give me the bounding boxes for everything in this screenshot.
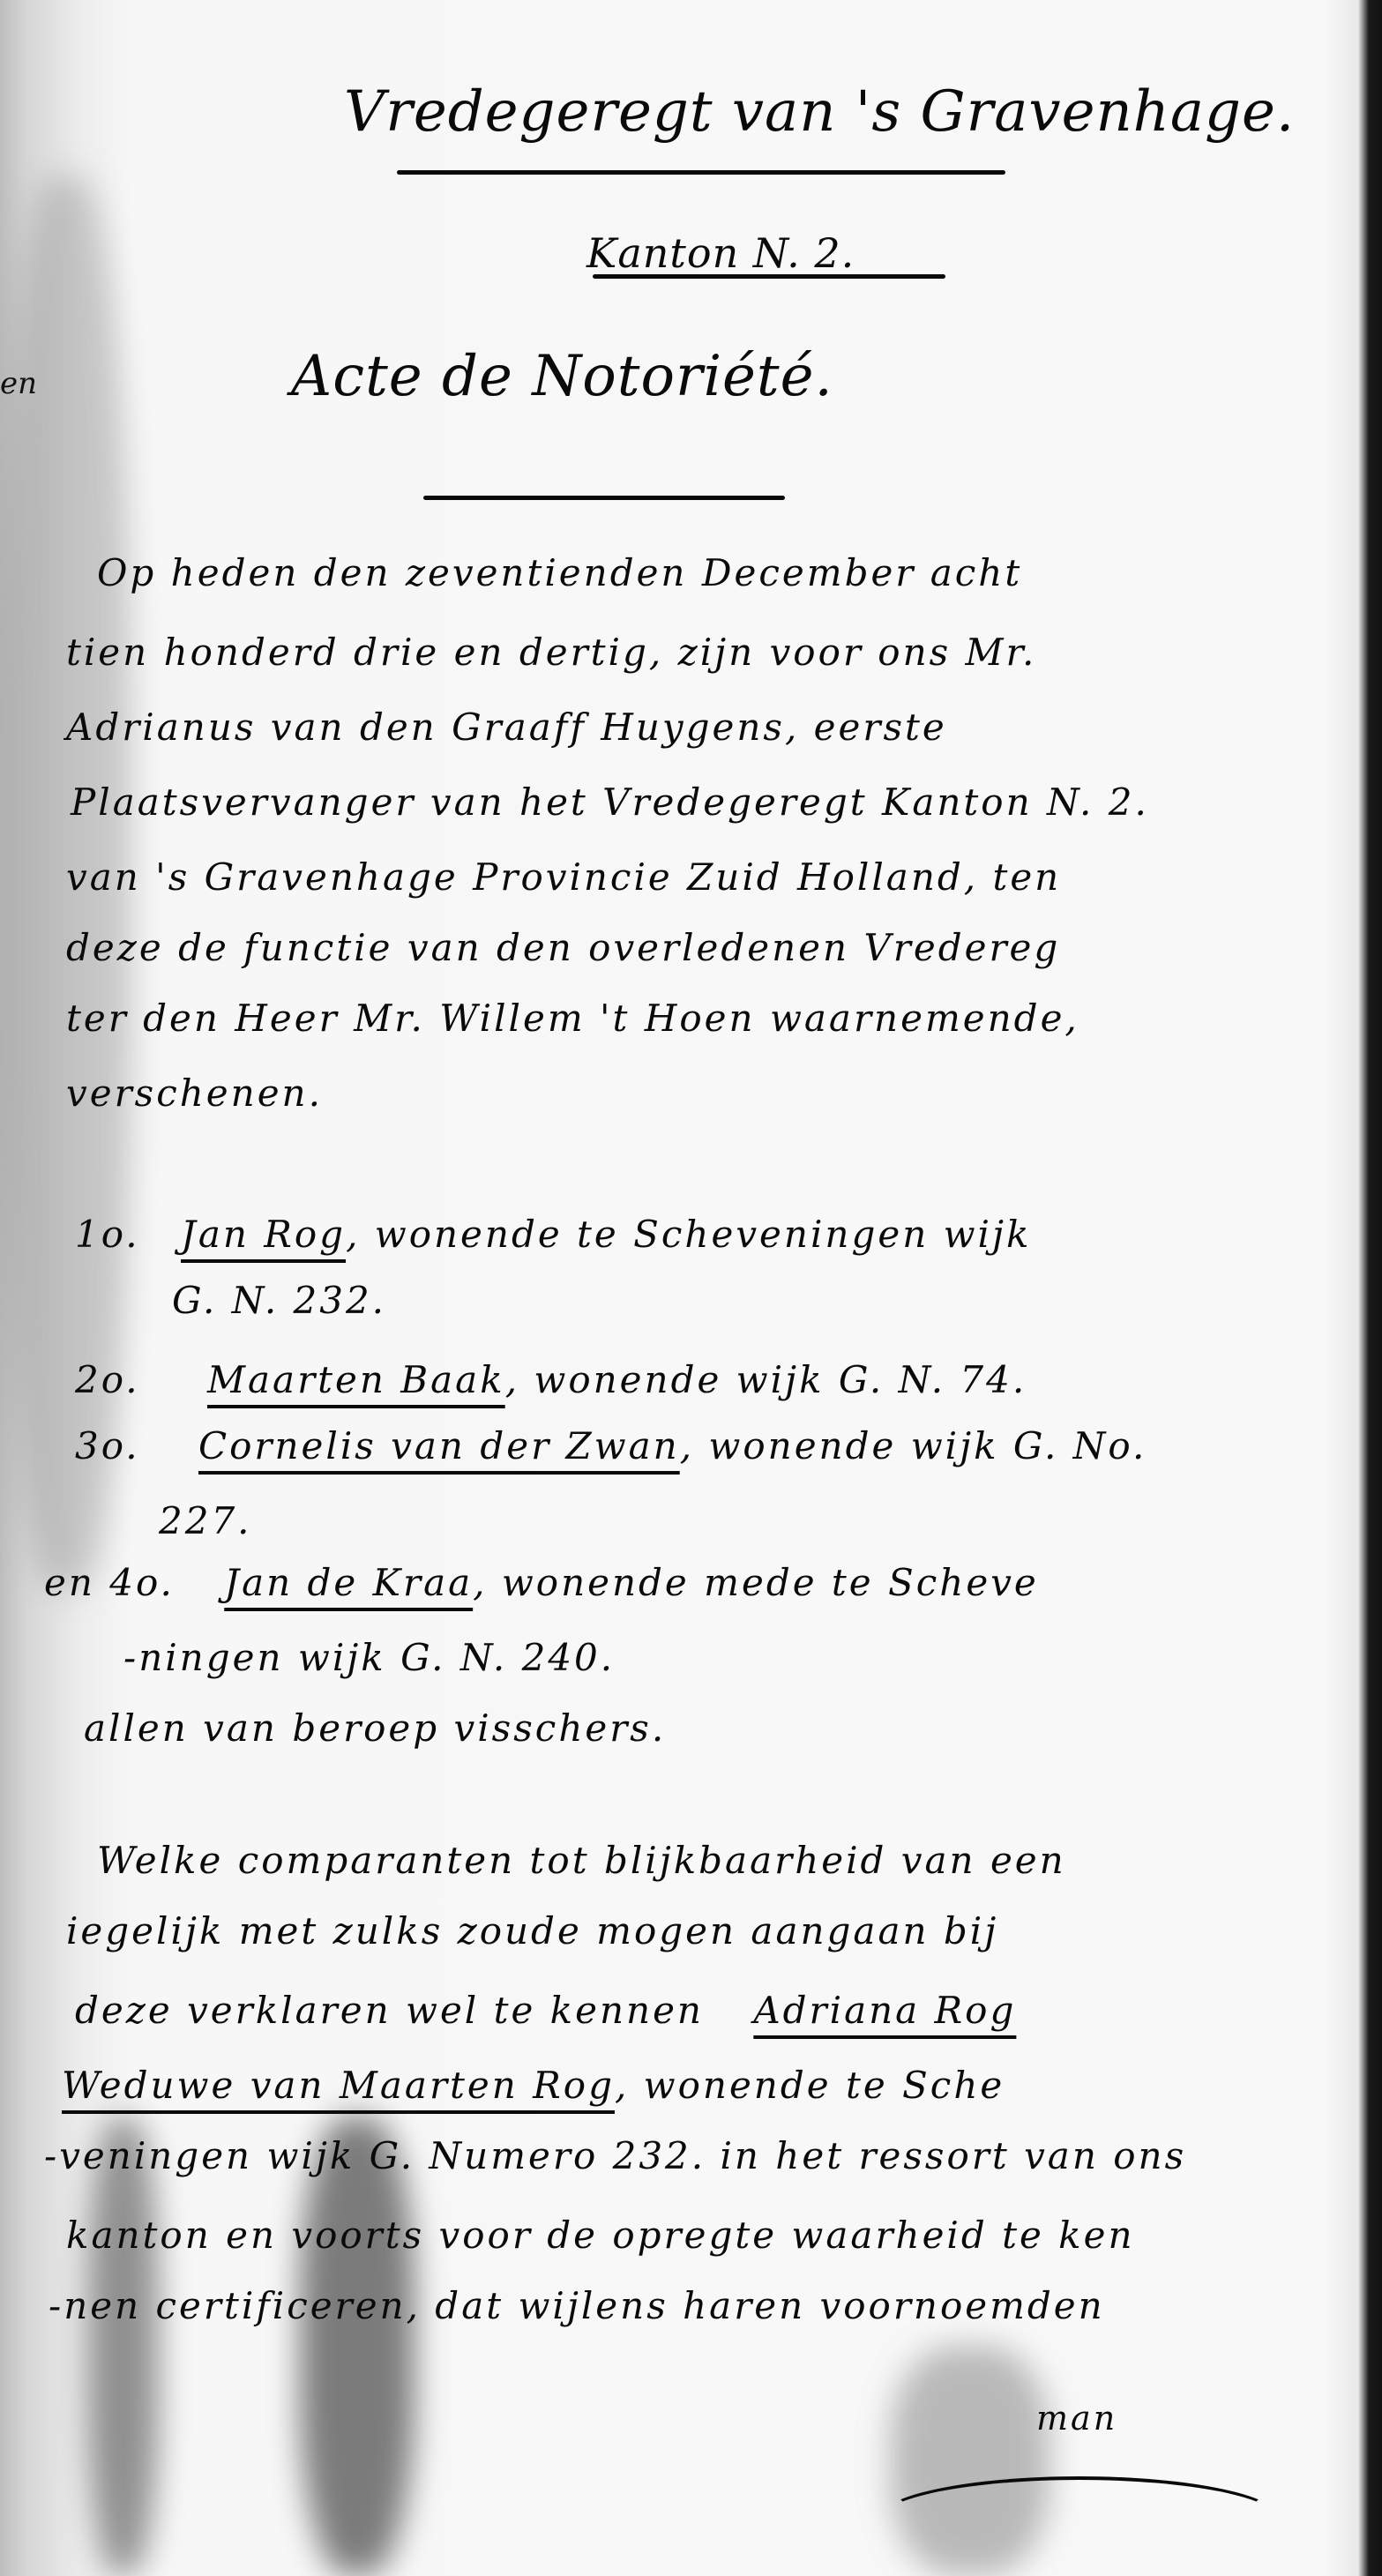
- paragraph1-line: van 's Gravenhage Provincie Zuid Holland…: [66, 855, 1061, 899]
- paper-stain: [88, 2117, 159, 2575]
- paragraph2-line: -nen certificeren, dat wijlens haren voo…: [49, 2284, 1105, 2327]
- witness-name: Jan de Kraa: [224, 1561, 473, 1604]
- witness-entry: en 4o. Jan de Kraa, wonende mede te Sche…: [44, 1561, 1039, 1604]
- witness-name: Cornelis van der Zwan: [198, 1424, 680, 1467]
- margin-note: en: [0, 366, 37, 401]
- witness-number: en 4o.: [44, 1561, 175, 1604]
- act-title: Acte de Notoriété.: [291, 344, 833, 409]
- paper-stain: [300, 2117, 415, 2575]
- witness-entry: 3o. Cornelis van der Zwan, wonende wijk …: [75, 1424, 1147, 1467]
- paragraph2-text: , wonende te Sche: [615, 2064, 1005, 2107]
- witness-entry: 1o. Jan Rog, wonende te Scheveningen wij…: [75, 1213, 1031, 1256]
- witness-address: , wonende mede te Scheve: [473, 1561, 1039, 1604]
- witness-address: , wonende te Scheveningen wijk: [346, 1213, 1031, 1256]
- paragraph2-line: -veningen wijk G. Numero 232. in het res…: [44, 2134, 1186, 2177]
- catchword: man: [1036, 2399, 1117, 2438]
- witness-number: 1o.: [75, 1213, 140, 1256]
- paragraph2-line: Weduwe van Maarten Rog, wonende te Sche: [62, 2064, 1005, 2107]
- paragraph1-line: tien honderd drie en dertig, zijn voor o…: [66, 631, 1036, 674]
- paragraph1-line: Op heden den zeventienden December acht: [97, 551, 1022, 594]
- act-title-rule: [423, 496, 785, 500]
- kanton-heading: Kanton N. 2.: [586, 229, 855, 277]
- witnesses-occupation: allen van beroep visschers.: [84, 1706, 666, 1750]
- witness-number: 2o.: [75, 1358, 140, 1401]
- paragraph1-line: deze de functie van den overledenen Vred…: [66, 926, 1060, 969]
- paragraph1-line: ter den Heer Mr. Willem 't Hoen waarneme…: [66, 997, 1079, 1040]
- witness-entry: 2o. Maarten Baak, wonende wijk G. N. 74.: [75, 1358, 1027, 1401]
- paragraph2-line: kanton en voorts voor de opregte waarhei…: [66, 2214, 1135, 2257]
- witness-name: Maarten Baak: [207, 1358, 505, 1401]
- witness-address-cont: -ningen wijk G. N. 240.: [123, 1636, 615, 1679]
- witness-address-cont: G. N. 232.: [172, 1279, 386, 1322]
- paragraph1-line: Adrianus van den Graaff Huygens, eerste: [66, 706, 947, 749]
- closing-flourish: [878, 2476, 1281, 2563]
- document-page: Vredegeregt van 's Gravenhage. Kanton N.…: [0, 0, 1382, 2576]
- document-title: Vredegeregt van 's Gravenhage.: [344, 79, 1295, 145]
- paragraph2-line: deze verklaren wel te kennen Adriana Rog: [75, 1989, 1016, 2032]
- paragraph2-text: deze verklaren wel te kennen: [75, 1989, 704, 2032]
- paragraph1-line: verschenen.: [66, 1071, 323, 1115]
- named-person: Adriana Rog: [753, 1989, 1016, 2032]
- title-rule: [397, 170, 1005, 175]
- witness-name: Jan Rog: [181, 1213, 346, 1256]
- paragraph2-line: Welke comparanten tot blijkbaarheid van …: [97, 1839, 1066, 1882]
- witness-address-cont: 227.: [159, 1499, 252, 1542]
- witness-number: 3o.: [75, 1424, 140, 1467]
- paragraph1-line: Plaatsvervanger van het Vredegeregt Kant…: [71, 780, 1149, 824]
- kanton-rule: [593, 274, 945, 279]
- witness-address: , wonende wijk G. N. 74.: [505, 1358, 1027, 1401]
- witness-address: , wonende wijk G. No.: [680, 1424, 1147, 1467]
- widow-of: Weduwe van Maarten Rog: [62, 2064, 615, 2107]
- paragraph2-line: iegelijk met zulks zoude mogen aangaan b…: [66, 1909, 998, 1953]
